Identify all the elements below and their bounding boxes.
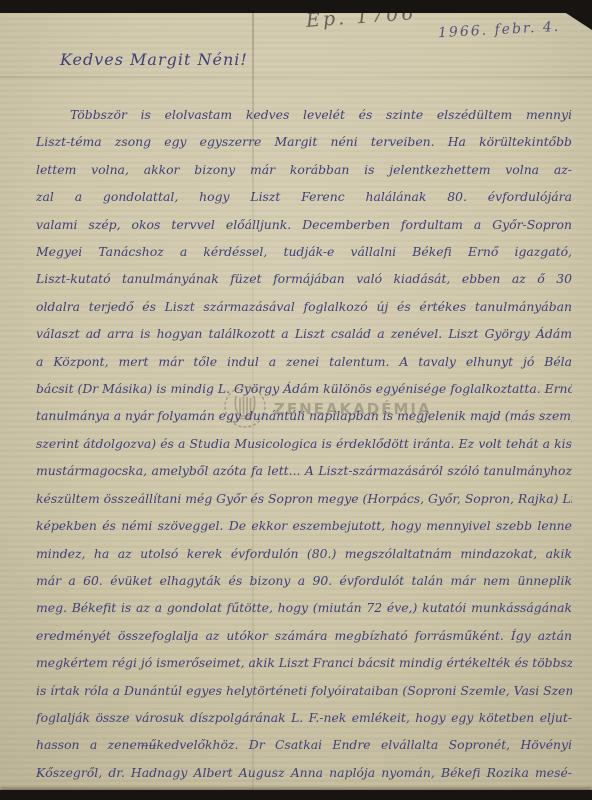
letter-line: meg. Békefit is az a gondolat fűtötte, h…: [36, 594, 572, 621]
letter-line: Liszt-kutató tanulmányának füzet formájá…: [36, 265, 572, 292]
letter-line: foglalják össze városuk díszpolgárának L…: [36, 704, 572, 731]
letter-scan-page: Ep. 1706 1966. febr. 4. ZENEAKADÉMIA Ked…: [0, 0, 592, 800]
letter-line: eredményét összefoglalja az utókor számá…: [36, 622, 572, 649]
letter-line: a Központ, mert már tőle indul a zenei t…: [36, 348, 572, 375]
letter-line: Liszt-téma zsong egy egyszerre Margit né…: [36, 128, 572, 155]
letter-line: tanulmánya a nyár folyamán egy dunántúli…: [36, 402, 572, 429]
scan-edge-top-right: [546, 0, 592, 30]
letter-line: mindez, ha az utolsó kerek évfordulón (8…: [36, 540, 572, 567]
letter-line: lettem volna, akkor bizony már korábban …: [36, 156, 572, 183]
scan-edge-top: [0, 0, 592, 13]
letter-line: Kőszegről, dr. Hadnagy Albert Augusz Ann…: [36, 759, 572, 786]
letter-body: Többször is elolvastam kedves levelét és…: [36, 101, 572, 786]
paper-fold-horizontal: [0, 76, 592, 78]
letter-line: megkértem régi jó ismerőseimet, akik Lis…: [36, 649, 572, 676]
letter-line: szerint átdolgozva) és a Studia Musicolo…: [36, 430, 572, 457]
letter-line: már a 60. évüket elhagyták és bizony a 9…: [36, 567, 572, 594]
letter-line: hasson a zenem̶ű̶kedvelőkhöz. Dr Csatkai…: [36, 731, 572, 758]
letter-line: is írtak róla a Dunántúl egyes helytörté…: [36, 677, 572, 704]
letter-line: Többször is elolvastam kedves levelét és…: [36, 101, 572, 128]
scan-edge-bottom: [0, 790, 592, 800]
letter-date: 1966. febr. 4.: [438, 19, 561, 41]
letter-line: képekben és némi szöveggel. De ekkor esz…: [36, 512, 572, 539]
letter-line: Megyei Tanácshoz a kérdéssel, tudják-e v…: [36, 238, 572, 265]
letter-line: zal a gondolattal, hogy Liszt Ferenc hal…: [36, 183, 572, 210]
letter-line: választ ad arra is hogyan találkozott a …: [36, 320, 572, 347]
letter-line: valami szép, okos tervvel előálljunk. De…: [36, 211, 572, 238]
salutation: Kedves Margit Néni!: [60, 50, 248, 69]
letter-line: bácsit (Dr Másika) is mindig L. György Á…: [36, 375, 572, 402]
letter-line: oldalra terjedő és Liszt származásával f…: [36, 293, 572, 320]
letter-line: készültem összeállítani még Győr és Sopr…: [36, 485, 572, 512]
letter-line: mustármagocska, amelyből azóta fa lett..…: [36, 457, 572, 484]
